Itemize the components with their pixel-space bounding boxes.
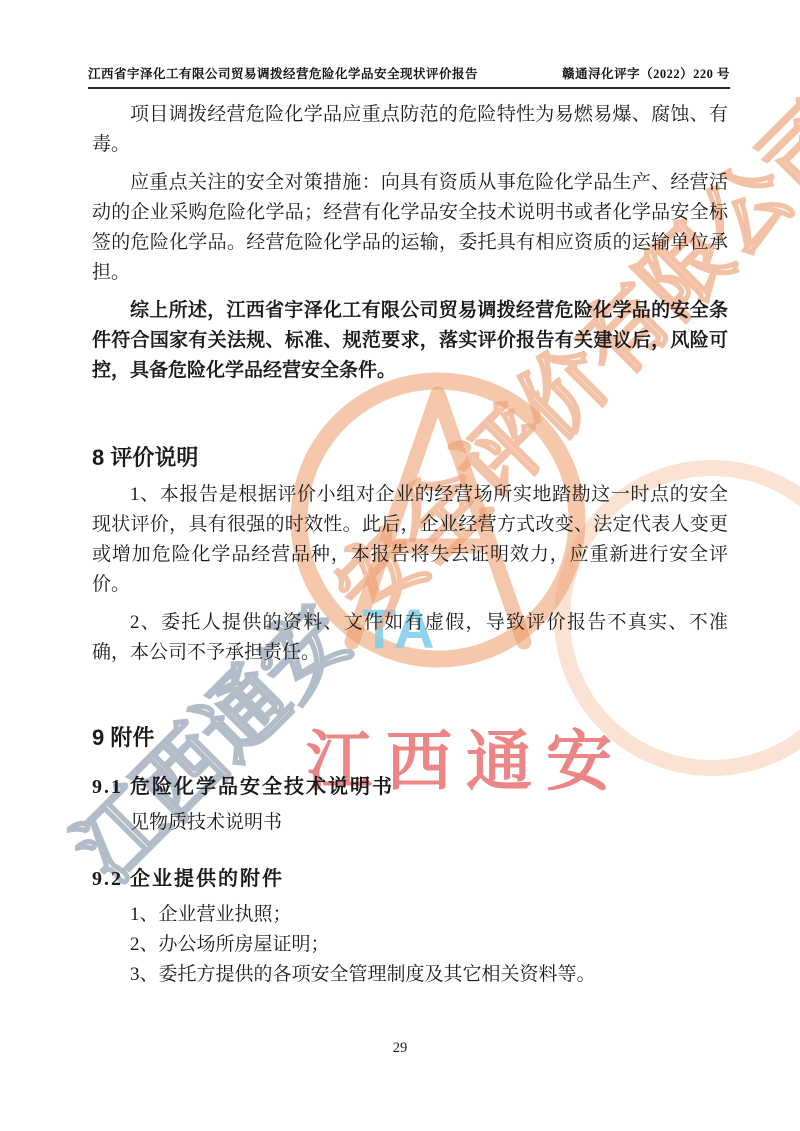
paragraph-safety-measures: 应重点关注的安全对策措施：向具有资质从事危险化学品生产、经营活动的企业采购危险化… [92,168,728,288]
section-9-heading: 9 附件 [92,724,728,752]
document-body: 项目调拨经营危险化学品应重点防范的危险特性为易燃易爆、腐蚀、有毒。 应重点关注的… [92,100,728,990]
paragraph-conclusion: 综上所述，江西省宇泽化工有限公司贸易调拨经营危险化学品的安全条件符合国家有关法规… [92,296,728,386]
header-document-number: 赣通浔化评字（2022）220 号 [562,64,730,82]
section-9-2-heading: 9.2 企业提供的附件 [92,866,728,892]
section-8-paragraph-1: 1、本报告是根据评价小组对企业的经营场所实地踏勘这一时点的安全现状评价，具有很强… [92,480,728,600]
attachment-item-1: 1、企业营业执照； [92,900,728,930]
section-8-paragraph-2: 2、委托人提供的资料、文件如有虚假，导致评价报告不真实、不准确，本公司不予承担责… [92,608,728,668]
header-report-title: 江西省宇泽化工有限公司贸易调拨经营危险化学品安全现状评价报告 [88,64,478,82]
attachment-list: 1、企业营业执照； 2、办公场所房屋证明； 3、委托方提供的各项安全管理制度及其… [92,900,728,990]
section-9-1-body: 见物质技术说明书 [92,808,728,838]
section-9-1-heading: 9.1 危险化学品安全技术说明书 [92,774,728,800]
document-page: TA 江西通安 安全评价有限公司 江西通安 江西省宇泽化工有限公司贸易调拨经营危… [0,0,800,1131]
paragraph-hazard-characteristics: 项目调拨经营危险化学品应重点防范的危险特性为易燃易爆、腐蚀、有毒。 [92,100,728,160]
attachment-item-2: 2、办公场所房屋证明； [92,930,728,960]
section-8-heading: 8 评价说明 [92,444,728,472]
page-header: 江西省宇泽化工有限公司贸易调拨经营危险化学品安全现状评价报告 赣通浔化评字（20… [88,64,730,89]
attachment-item-3: 3、委托方提供的各项安全管理制度及其它相关资料等。 [92,960,728,990]
page-number: 29 [0,1040,800,1057]
